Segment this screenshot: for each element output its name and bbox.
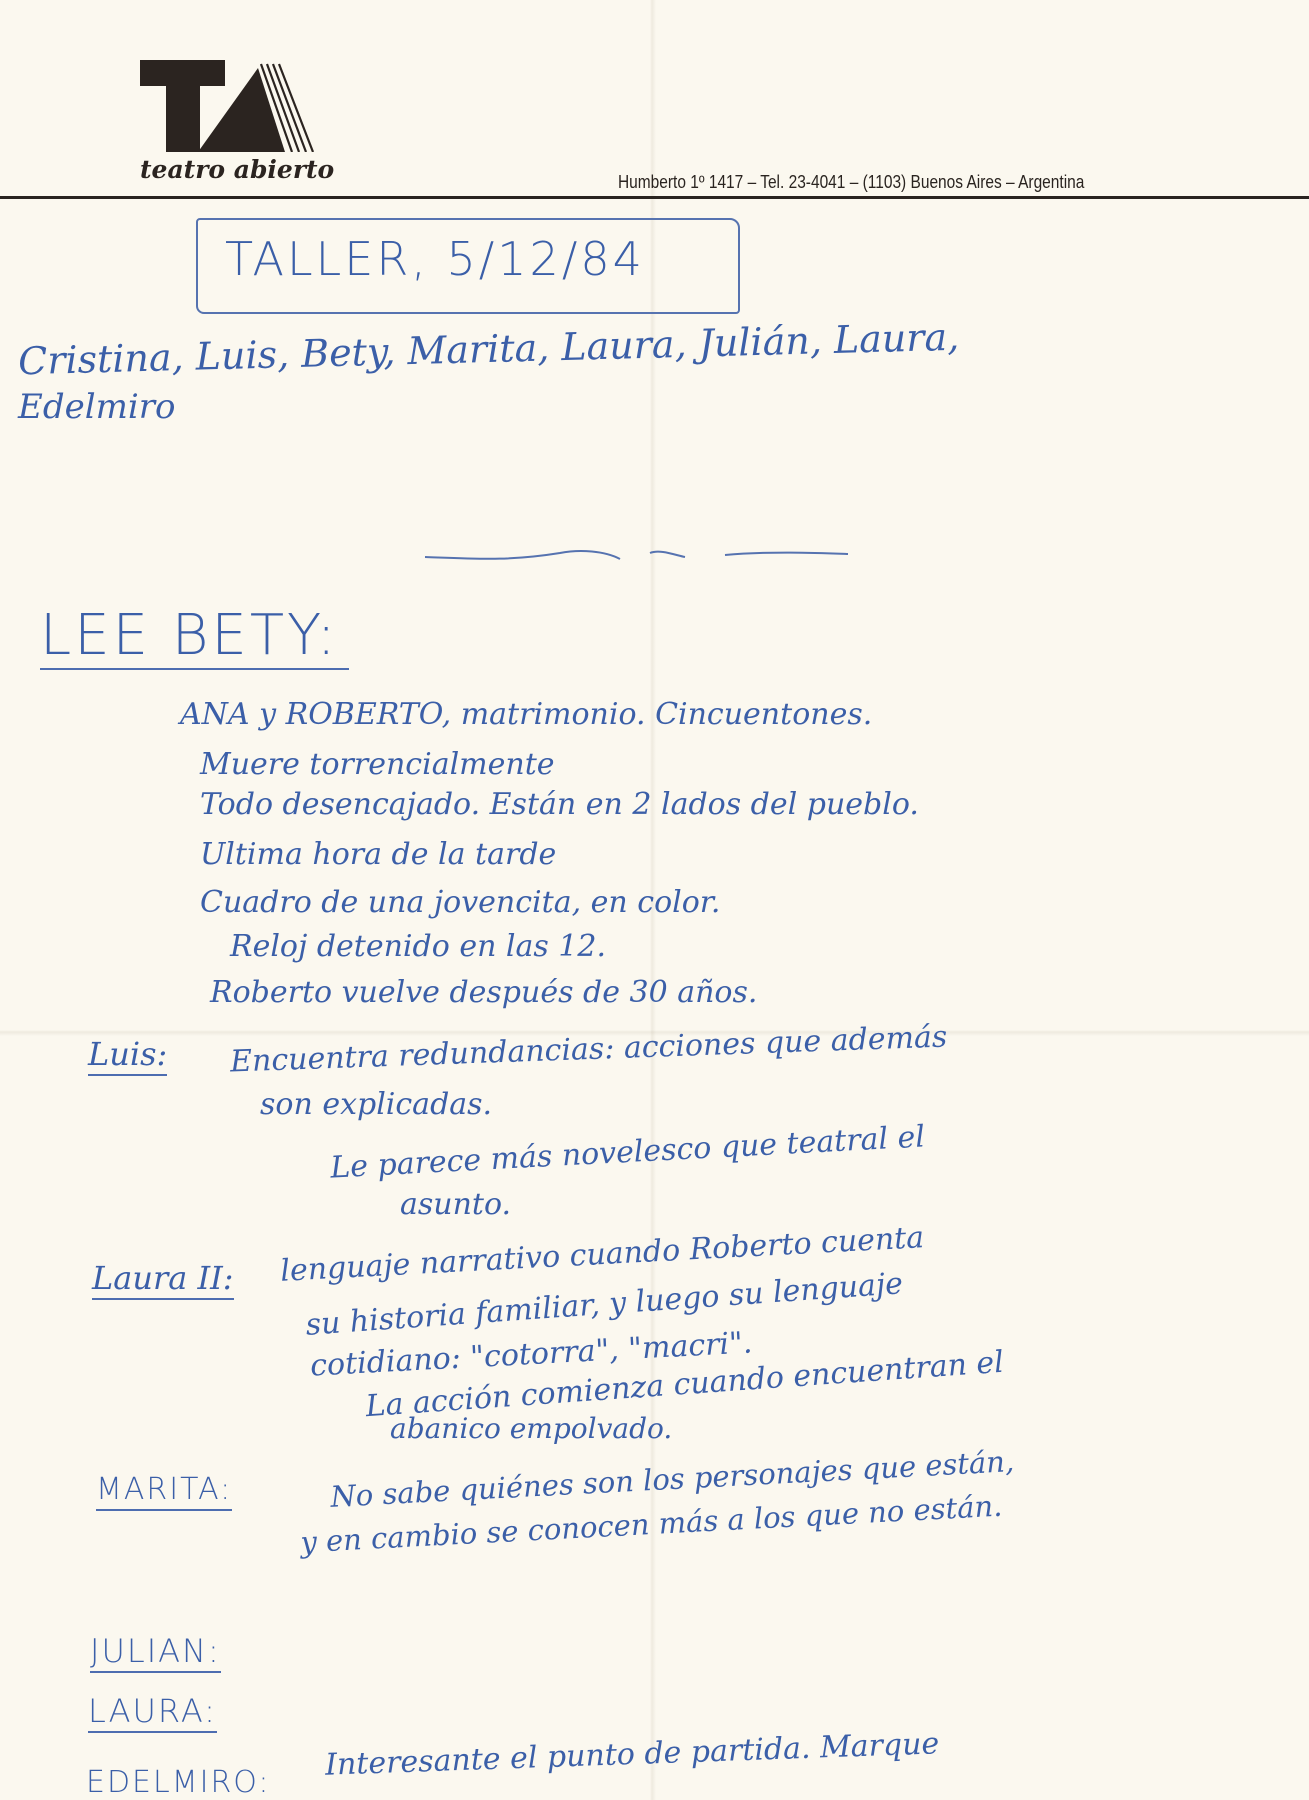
bety-line-4: Ultima hora de la tarde bbox=[200, 840, 556, 870]
edelmiro-line-1: Interesante el punto de partida. Marque bbox=[325, 1729, 940, 1780]
speaker-edelmiro: EDELMIRO: bbox=[86, 1768, 271, 1798]
bety-line-5: Cuadro de una jovencita, en color. bbox=[200, 888, 720, 918]
brand-name: teatro abierto bbox=[140, 155, 334, 184]
luis-line-3: Le parece más novelesco que teatral el bbox=[330, 1122, 926, 1183]
scanned-letter-page: teatro abierto Humberto 1º 1417 – Tel. 2… bbox=[0, 0, 1309, 1800]
bety-line-2: Muere torrencialmente bbox=[200, 750, 555, 780]
luis-line-2: son explicadas. bbox=[260, 1090, 492, 1120]
speaker-marita: MARITA: bbox=[96, 1475, 232, 1511]
bety-line-7: Roberto vuelve después de 30 años. bbox=[210, 978, 757, 1008]
luis-line-4: asunto. bbox=[400, 1190, 511, 1220]
bety-line-1: ANA y ROBERTO, matrimonio. Cincuentones. bbox=[180, 700, 872, 730]
section-heading-lee-bety: LEE BETY: bbox=[40, 608, 349, 670]
speaker-laura: LAURA: bbox=[88, 1695, 217, 1733]
speaker-laura-ii: Laura II: bbox=[92, 1262, 234, 1300]
address-line: Humberto 1º 1417 – Tel. 23-4041 – (1103)… bbox=[618, 172, 1084, 193]
workshop-title: TALLER, 5/12/84 bbox=[225, 236, 645, 282]
luis-line-1: Encuentra redundancias: acciones que ade… bbox=[230, 1022, 948, 1077]
divider-stroke bbox=[420, 545, 850, 565]
laura-ii-line-5: abanico empolvado. bbox=[390, 1415, 672, 1443]
attendees-line-2: Edelmiro bbox=[18, 390, 175, 424]
attendees-line-1: Cristina, Luis, Bety, Marita, Laura, Jul… bbox=[18, 318, 960, 381]
speaker-luis: Luis: bbox=[88, 1038, 167, 1076]
bety-line-3: Todo desencajado. Están en 2 lados del p… bbox=[200, 790, 919, 820]
teatro-abierto-logo-icon bbox=[140, 60, 335, 152]
letterhead-rule bbox=[0, 196, 1309, 199]
bety-line-6: Reloj detenido en las 12. bbox=[230, 932, 606, 962]
speaker-julian: JULIAN: bbox=[90, 1635, 221, 1673]
